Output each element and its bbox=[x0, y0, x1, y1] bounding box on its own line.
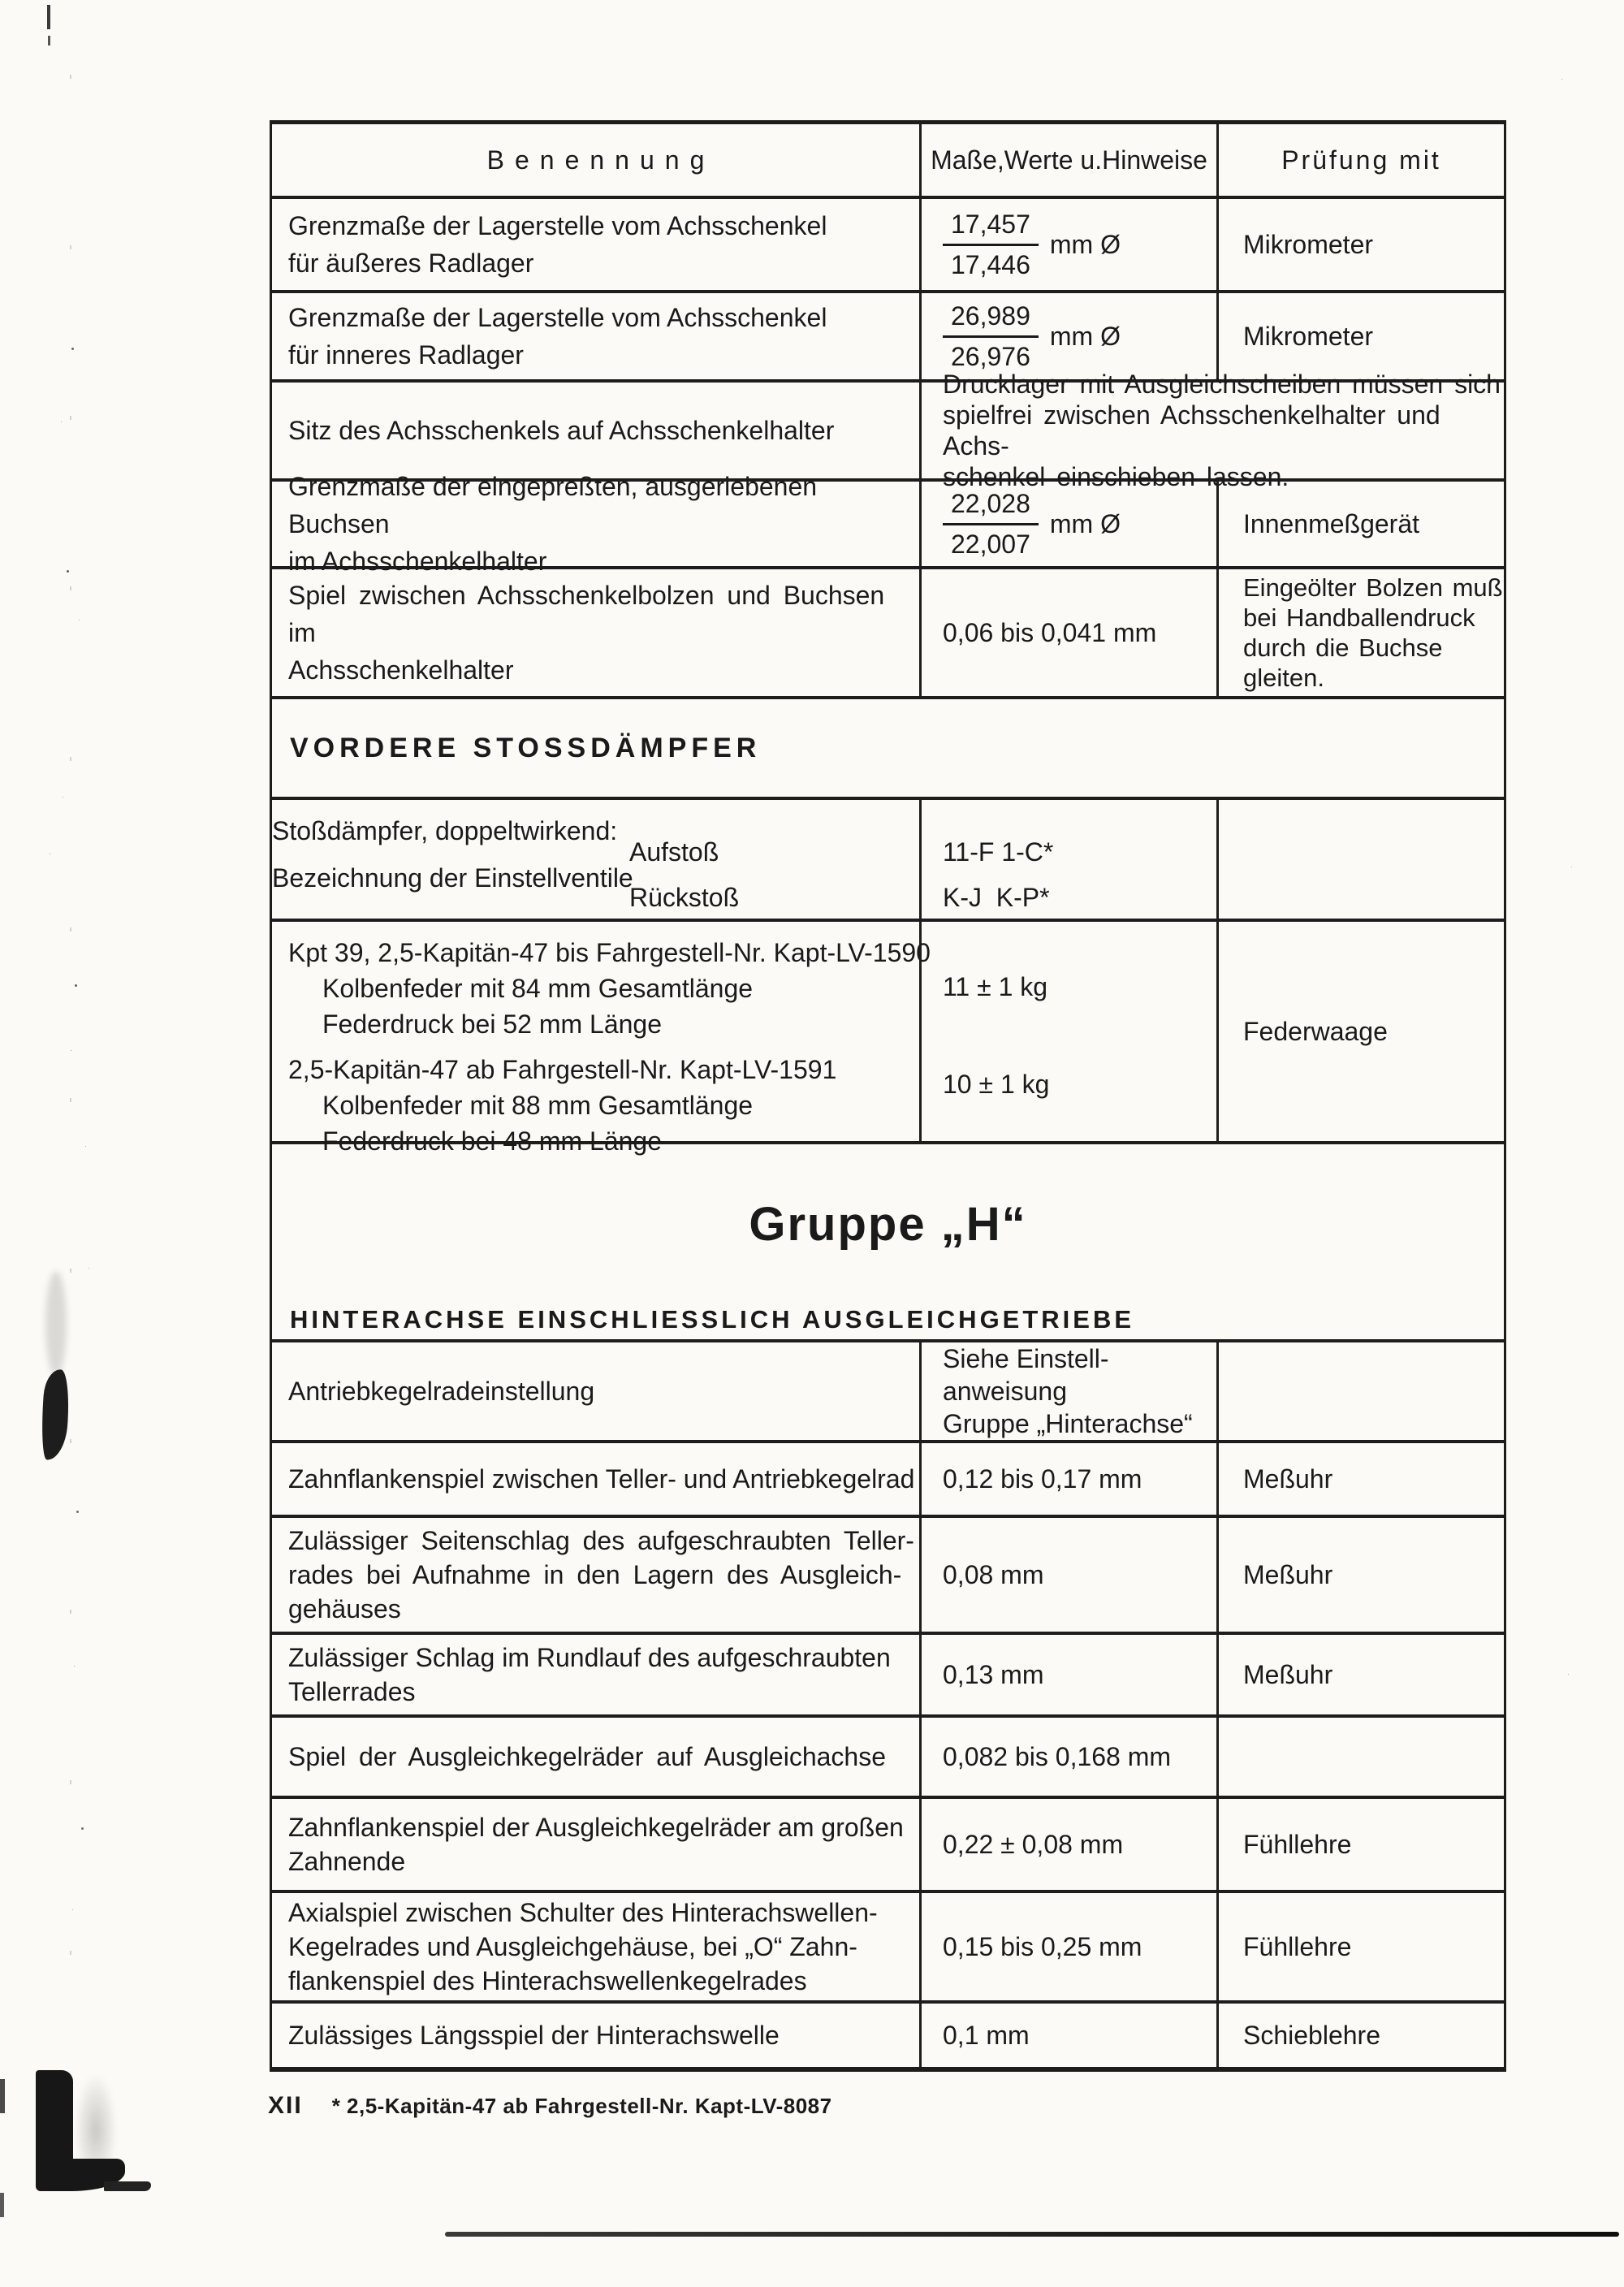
row-value: 0,06 bis 0,041 mm bbox=[943, 614, 1156, 651]
name-cell: Grenzmaße der eingepreßten, ausgeriebene… bbox=[272, 482, 922, 566]
name-cell: Zulässiger Schlag im Rundlauf des aufges… bbox=[272, 1635, 922, 1714]
tolerance-fraction: 26,989 26,976 mm Ø bbox=[943, 301, 1121, 372]
value-cell: 11 ± 1 kg 10 ± 1 kg bbox=[922, 922, 1219, 1141]
page-number: XII bbox=[268, 2092, 303, 2120]
name-cell: Stoßdämpfer, doppeltwirkend: Bezeichnung… bbox=[272, 800, 922, 919]
fraction-denominator: 26,976 bbox=[943, 338, 1039, 372]
group-subtitle: HINTERACHSE EINSCHLIESSLICH AUSGLEICHGET… bbox=[272, 1305, 1504, 1334]
row-name: Zahnflankenspiel zwischen Teller- und An… bbox=[288, 1460, 914, 1498]
scan-ink-blob bbox=[39, 1368, 71, 1461]
check-cell: Eingeölter Bolzen muß bei Handballendruc… bbox=[1219, 569, 1504, 696]
check-method: Meßuhr bbox=[1243, 1460, 1332, 1498]
unit-label: mm Ø bbox=[1050, 322, 1121, 352]
table-row: Spiel der Ausgleichkegelräder auf Ausgle… bbox=[272, 1718, 1504, 1799]
table-row: Antriebkegelradeinstellung Siehe Einstel… bbox=[272, 1342, 1504, 1443]
value-cell: 0,13 mm bbox=[922, 1635, 1219, 1714]
sub-label-aufstoss: Aufstoß bbox=[629, 837, 719, 867]
name-cell: Zahnflankenspiel zwischen Teller- und An… bbox=[272, 1443, 922, 1515]
spec-line: Kolbenfeder mit 84 mm Gesamtlänge bbox=[288, 971, 919, 1006]
row-value: 0,12 bis 0,17 mm bbox=[943, 1460, 1142, 1498]
check-cell: Fühllehre bbox=[1219, 1799, 1504, 1890]
check-cell bbox=[1219, 1718, 1504, 1796]
spec-line: 2,5-Kapitän-47 ab Fahrgestell-Nr. Kapt-L… bbox=[288, 1052, 919, 1087]
scan-fold-line bbox=[70, 0, 71, 2287]
document-page: Benennung Maße,Werte u.Hinweise Prüfung … bbox=[0, 0, 1624, 2287]
group-title: Gruppe „H“ bbox=[272, 1198, 1504, 1252]
row-name: Zahnflankenspiel der Ausgleichkegelräder… bbox=[288, 1810, 904, 1878]
table-row: Grenzmaße der Lagerstelle vom Achsschenk… bbox=[272, 199, 1504, 293]
value-cell: 0,12 bis 0,17 mm bbox=[922, 1443, 1219, 1515]
value-cell: Siehe Einstell- anweisung Gruppe „Hinter… bbox=[922, 1342, 1219, 1440]
table-row: Stoßdämpfer, doppeltwirkend: Bezeichnung… bbox=[272, 800, 1504, 922]
table-row: Sitz des Achsschenkels auf Achsschenkelh… bbox=[272, 383, 1504, 482]
check-cell: Fühllehre bbox=[1219, 1893, 1504, 2000]
spec-line: Kolbenfeder mit 88 mm Gesamtlänge bbox=[288, 1087, 919, 1123]
group-heading-band: Gruppe „H“ HINTERACHSE EINSCHLIESSLICH A… bbox=[272, 1144, 1504, 1342]
header-cell-pruefung: Prüfung mit bbox=[1219, 124, 1504, 196]
name-cell: Kpt 39, 2,5-Kapitän-47 bis Fahrgestell-N… bbox=[272, 922, 922, 1141]
row-value: 0,13 mm bbox=[943, 1656, 1043, 1693]
tolerance-fraction: 17,457 17,446 mm Ø bbox=[943, 210, 1121, 280]
value-cell: 26,989 26,976 mm Ø bbox=[922, 293, 1219, 379]
value-cell: 17,457 17,446 mm Ø bbox=[922, 199, 1219, 290]
fraction-numerator: 17,457 bbox=[943, 210, 1039, 246]
check-method: Fühllehre bbox=[1243, 1928, 1351, 1965]
value-cell: 0,1 mm bbox=[922, 2004, 1219, 2067]
row-name: Grenzmaße der eingepreßten, ausgeriebene… bbox=[288, 468, 919, 580]
row-name: Zulässiger Schlag im Rundlauf des aufges… bbox=[288, 1641, 891, 1709]
table-row: Zahnflankenspiel zwischen Teller- und An… bbox=[272, 1443, 1504, 1518]
check-method: Schieblehre bbox=[1243, 2017, 1380, 2054]
row-note: Drucklager mit Ausgleichscheiben müssen … bbox=[943, 369, 1504, 492]
header-cell-benennung: Benennung bbox=[272, 124, 922, 196]
fraction: 17,457 17,446 bbox=[943, 210, 1039, 280]
section-heading-band: VORDERE STOSSDÄMPFER bbox=[272, 699, 1504, 800]
row-value: 0,08 mm bbox=[943, 1556, 1043, 1593]
check-method: Federwaage bbox=[1243, 1013, 1388, 1050]
value-cell: 22,028 22,007 mm Ø bbox=[922, 482, 1219, 566]
name-cell: Spiel zwischen Achsschenkelbolzen und Bu… bbox=[272, 569, 922, 696]
row-name-line: Stoßdämpfer, doppeltwirkend: bbox=[272, 816, 617, 846]
scan-mark bbox=[48, 36, 50, 45]
column-title: Benennung bbox=[477, 145, 715, 175]
table-row: Grenzmaße der eingepreßten, ausgeriebene… bbox=[272, 482, 1504, 569]
table-row: Zahnflankenspiel der Ausgleichkegelräder… bbox=[272, 1799, 1504, 1893]
check-method: Mikrometer bbox=[1243, 226, 1373, 263]
fraction-numerator: 26,989 bbox=[943, 301, 1039, 338]
row-name-line: Bezeichnung der Einstellventile bbox=[272, 863, 633, 893]
valve-code: 11-F 1-C* bbox=[943, 837, 1053, 867]
unit-label: mm Ø bbox=[1050, 230, 1121, 260]
sub-label-rueckstoss: Rückstoß bbox=[629, 883, 739, 913]
spec-line: Kpt 39, 2,5-Kapitän-47 bis Fahrgestell-N… bbox=[288, 935, 919, 971]
tolerance-fraction: 22,028 22,007 mm Ø bbox=[943, 489, 1121, 560]
check-cell: Schieblehre bbox=[1219, 2004, 1504, 2067]
check-note: Eingeölter Bolzen muß bei Handballendruc… bbox=[1243, 573, 1503, 693]
row-name: Zulässiger Seitenschlag des aufgeschraub… bbox=[288, 1524, 914, 1626]
check-method: Innenmeßgerät bbox=[1243, 505, 1419, 543]
check-cell bbox=[1219, 800, 1504, 919]
value-cell: 0,15 bis 0,25 mm bbox=[922, 1893, 1219, 2000]
row-name: Grenzmaße der Lagerstelle vom Achsschenk… bbox=[288, 299, 827, 374]
section-title: VORDERE STOSSDÄMPFER bbox=[290, 733, 761, 764]
spec-line: Federdruck bei 52 mm Länge bbox=[288, 1006, 919, 1042]
table-row: Spiel zwischen Achsschenkelbolzen und Bu… bbox=[272, 569, 1504, 699]
check-cell bbox=[1219, 1342, 1504, 1440]
name-cell: Zulässiger Seitenschlag des aufgeschraub… bbox=[272, 1518, 922, 1632]
row-value: 0,1 mm bbox=[943, 2017, 1030, 2054]
check-cell: Mikrometer bbox=[1219, 199, 1504, 290]
row-value: 0,22 ± 0,08 mm bbox=[943, 1826, 1123, 1863]
table-header-row: Benennung Maße,Werte u.Hinweise Prüfung … bbox=[272, 124, 1504, 199]
fraction-denominator: 22,007 bbox=[943, 525, 1039, 560]
fraction-denominator: 17,446 bbox=[943, 246, 1039, 280]
table-row: Zulässiges Längsspiel der Hinterachswell… bbox=[272, 2004, 1504, 2067]
check-cell: Innenmeßgerät bbox=[1219, 482, 1504, 566]
check-cell: Meßuhr bbox=[1219, 1443, 1504, 1515]
name-cell: Grenzmaße der Lagerstelle vom Achsschenk… bbox=[272, 293, 922, 379]
check-method: Mikrometer bbox=[1243, 318, 1373, 355]
fraction-numerator: 22,028 bbox=[943, 489, 1039, 525]
row-value: 0,15 bis 0,25 mm bbox=[943, 1928, 1142, 1965]
spring-force: 11 ± 1 kg bbox=[943, 972, 1047, 1002]
scan-mark bbox=[47, 5, 50, 29]
name-cell: Grenzmaße der Lagerstelle vom Achsschenk… bbox=[272, 199, 922, 290]
spec-table: Benennung Maße,Werte u.Hinweise Prüfung … bbox=[270, 120, 1506, 2072]
column-title: Maße,Werte u.Hinweise bbox=[931, 145, 1207, 175]
valve-code: K-J K-P* bbox=[943, 883, 1050, 913]
name-cell: Zahnflankenspiel der Ausgleichkegelräder… bbox=[272, 1799, 922, 1890]
table-row: Zulässiger Seitenschlag des aufgeschraub… bbox=[272, 1518, 1504, 1635]
row-name: Sitz des Achsschenkels auf Achsschenkelh… bbox=[288, 412, 834, 449]
value-cell: 0,08 mm bbox=[922, 1518, 1219, 1632]
row-value: 0,082 bis 0,168 mm bbox=[943, 1738, 1171, 1775]
scan-bottom-line bbox=[445, 2232, 1619, 2237]
unit-label: mm Ø bbox=[1050, 509, 1121, 539]
note-cell: Drucklager mit Ausgleichscheiben müssen … bbox=[922, 383, 1504, 478]
table-row: Axialspiel zwischen Schulter des Hintera… bbox=[272, 1893, 1504, 2004]
row-name: Antriebkegelradeinstellung bbox=[288, 1373, 594, 1410]
value-cell: 0,22 ± 0,08 mm bbox=[922, 1799, 1219, 1890]
value-cell: 0,082 bis 0,168 mm bbox=[922, 1718, 1219, 1796]
value-cell: 0,06 bis 0,041 mm bbox=[922, 569, 1219, 696]
row-value: Siehe Einstell- anweisung Gruppe „Hinter… bbox=[943, 1342, 1193, 1440]
check-cell: Meßuhr bbox=[1219, 1518, 1504, 1632]
value-cell: 11-F 1-C* K-J K-P* bbox=[922, 800, 1219, 919]
check-method: Meßuhr bbox=[1243, 1556, 1332, 1593]
name-cell: Spiel der Ausgleichkegelräder auf Ausgle… bbox=[272, 1718, 922, 1796]
scan-edge-mark bbox=[0, 2079, 5, 2113]
name-cell: Axialspiel zwischen Schulter des Hintera… bbox=[272, 1893, 922, 2000]
table-row: Kpt 39, 2,5-Kapitän-47 bis Fahrgestell-N… bbox=[272, 922, 1504, 1144]
check-cell: Federwaage bbox=[1219, 922, 1504, 1141]
scan-speckles bbox=[0, 0, 2, 2]
scan-smudge bbox=[45, 1271, 67, 1377]
row-name: Zulässiges Längsspiel der Hinterachswell… bbox=[288, 2017, 780, 2054]
row-name: Axialspiel zwischen Schulter des Hintera… bbox=[288, 1896, 878, 1998]
page-footer: XII * 2,5-Kapitän-47 ab Fahrgestell-Nr. … bbox=[268, 2092, 832, 2120]
spring-force: 10 ± 1 kg bbox=[943, 1070, 1049, 1100]
name-cell: Sitz des Achsschenkels auf Achsschenkelh… bbox=[272, 383, 922, 478]
scan-edge-mark bbox=[0, 2193, 4, 2217]
row-name: Grenzmaße der Lagerstelle vom Achsschenk… bbox=[288, 207, 827, 282]
fraction: 26,989 26,976 bbox=[943, 301, 1039, 372]
footnote: * 2,5-Kapitän-47 ab Fahrgestell-Nr. Kapt… bbox=[332, 2094, 832, 2119]
check-cell: Mikrometer bbox=[1219, 293, 1504, 379]
column-title: Prüfung mit bbox=[1281, 145, 1441, 175]
row-name: Spiel zwischen Achsschenkelbolzen und Bu… bbox=[288, 577, 919, 689]
row-name: Spiel der Ausgleichkegelräder auf Ausgle… bbox=[288, 1738, 886, 1775]
check-cell: Meßuhr bbox=[1219, 1635, 1504, 1714]
name-cell: Antriebkegelradeinstellung bbox=[272, 1342, 922, 1440]
check-method: Fühllehre bbox=[1243, 1826, 1351, 1863]
check-method: Meßuhr bbox=[1243, 1656, 1332, 1693]
fraction: 22,028 22,007 bbox=[943, 489, 1039, 560]
header-cell-masse: Maße,Werte u.Hinweise bbox=[922, 124, 1219, 196]
scan-spine-shadow bbox=[104, 2181, 151, 2191]
table-row: Zulässiger Schlag im Rundlauf des aufges… bbox=[272, 1635, 1504, 1718]
name-cell: Zulässiges Längsspiel der Hinterachswell… bbox=[272, 2004, 922, 2067]
